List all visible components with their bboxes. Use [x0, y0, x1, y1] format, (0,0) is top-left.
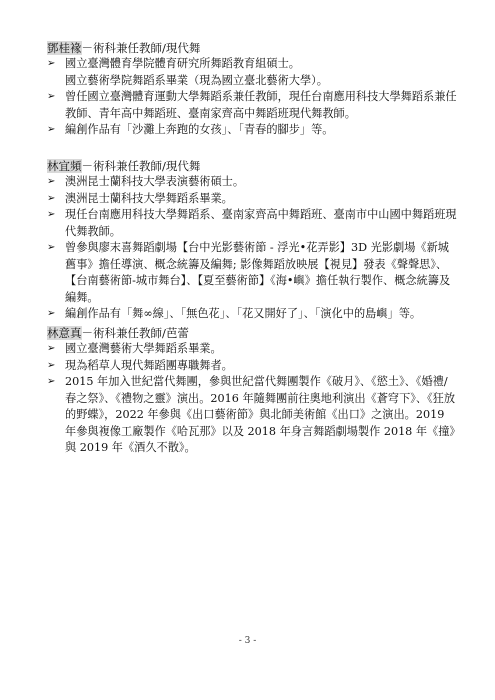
list-item: ➢ 曾參與廖末喜舞蹈劇場【台中光影藝術節 - 浮光•花弄影】3D 光影劇場《新城…	[47, 240, 457, 306]
document-page: 鄧桂褖－術科兼任教師/現代舞 ➢ 國立臺灣體育學院體育研究所舞蹈教育組碩士。 國…	[0, 0, 495, 700]
list-item: ➢ 澳洲昆士蘭科技大學舞蹈系畢業。	[47, 191, 457, 208]
arrow-bullet-icon: ➢	[47, 56, 55, 73]
list-item-text: 編創作品有「沙灘上奔跑的女孩」、「青春的腳步」等。	[65, 122, 457, 139]
bullet-list: ➢ 國立臺灣藝術大學舞蹈系畢業。 ➢ 現為稻草人現代舞蹈團專職舞者。 ➢ 201…	[47, 341, 457, 457]
teacher-role: －術科兼任教師/現代舞	[82, 41, 201, 55]
list-item: ➢ 澳洲昆士蘭科技大學表演藝術碩士。	[47, 174, 457, 191]
list-item-text: 現任台南應用科技大學舞蹈系、臺南家齊高中舞蹈班、臺南市中山國中舞蹈班現代舞教師。	[65, 207, 457, 240]
arrow-bullet-icon: ➢	[47, 358, 55, 375]
teacher-name: 林意真	[47, 326, 82, 340]
section-heading: 林宜頻－術科兼任教師/現代舞	[47, 158, 457, 174]
list-item-text: 國立臺灣藝術大學舞蹈系畢業。	[65, 341, 457, 358]
list-item-text: 國立臺灣體育學院體育研究所舞蹈教育組碩士。	[65, 56, 457, 73]
arrow-bullet-icon: ➢	[47, 122, 55, 139]
list-item-text: 2015 年加入世紀當代舞團，參與世紀當代舞團製作《破月》、《慾土》、《婚禮/春…	[65, 374, 457, 457]
list-item-text: 曾參與廖末喜舞蹈劇場【台中光影藝術節 - 浮光•花弄影】3D 光影劇場《新城舊事…	[65, 240, 457, 306]
list-item: ➢ 曾任國立臺灣體育運動大學舞蹈系兼任教師，現任台南應用科技大學舞蹈系兼任教師、…	[47, 89, 457, 122]
arrow-bullet-icon: ➢	[47, 240, 55, 257]
list-item: ➢ 現為稻草人現代舞蹈團專職舞者。	[47, 358, 457, 375]
arrow-bullet-icon: ➢	[47, 89, 55, 106]
arrow-bullet-icon: ➢	[47, 341, 55, 358]
arrow-bullet-icon: ➢	[47, 174, 55, 191]
teacher-section-2: 林宜頻－術科兼任教師/現代舞 ➢ 澳洲昆士蘭科技大學表演藝術碩士。 ➢ 澳洲昆士…	[47, 158, 457, 323]
arrow-bullet-icon: ➢	[47, 306, 55, 323]
list-item-text: 國立藝術學院舞蹈系畢業（現為國立臺北藝術大學）。	[65, 73, 457, 90]
teacher-role: －術科兼任教師/芭蕾	[82, 326, 189, 340]
teacher-name: 林宜頻	[47, 159, 82, 173]
list-item-text: 現為稻草人現代舞蹈團專職舞者。	[65, 358, 457, 375]
arrow-bullet-icon: ➢	[47, 207, 55, 224]
list-item: ➢ 國立臺灣體育學院體育研究所舞蹈教育組碩士。 國立藝術學院舞蹈系畢業（現為國立…	[47, 56, 457, 89]
arrow-bullet-icon: ➢	[47, 374, 55, 391]
list-item: ➢ 國立臺灣藝術大學舞蹈系畢業。	[47, 341, 457, 358]
bullet-list: ➢ 澳洲昆士蘭科技大學表演藝術碩士。 ➢ 澳洲昆士蘭科技大學舞蹈系畢業。 ➢ 現…	[47, 174, 457, 323]
list-item-text: 澳洲昆士蘭科技大學表演藝術碩士。	[65, 174, 457, 191]
list-item-text: 曾任國立臺灣體育運動大學舞蹈系兼任教師，現任台南應用科技大學舞蹈系兼任教師、青年…	[65, 89, 457, 122]
teacher-role: －術科兼任教師/現代舞	[82, 159, 201, 173]
list-item: ➢ 編創作品有「沙灘上奔跑的女孩」、「青春的腳步」等。	[47, 122, 457, 139]
page-number: - 3 -	[0, 636, 495, 646]
list-item: ➢ 2015 年加入世紀當代舞團，參與世紀當代舞團製作《破月》、《慾土》、《婚禮…	[47, 374, 457, 457]
list-item-text: 編創作品有「舞∞線」、「無色花」、「花又開好了」、「演化中的島嶼」等。	[65, 306, 457, 323]
list-item: ➢ 編創作品有「舞∞線」、「無色花」、「花又開好了」、「演化中的島嶼」等。	[47, 306, 457, 323]
section-heading: 鄧桂褖－術科兼任教師/現代舞	[47, 40, 457, 56]
section-heading: 林意真－術科兼任教師/芭蕾	[47, 325, 457, 341]
bullet-list: ➢ 國立臺灣體育學院體育研究所舞蹈教育組碩士。 國立藝術學院舞蹈系畢業（現為國立…	[47, 56, 457, 139]
list-item-text: 澳洲昆士蘭科技大學舞蹈系畢業。	[65, 191, 457, 208]
arrow-bullet-icon: ➢	[47, 191, 55, 208]
teacher-section-1: 鄧桂褖－術科兼任教師/現代舞 ➢ 國立臺灣體育學院體育研究所舞蹈教育組碩士。 國…	[47, 40, 457, 139]
teacher-section-3: 林意真－術科兼任教師/芭蕾 ➢ 國立臺灣藝術大學舞蹈系畢業。 ➢ 現為稻草人現代…	[47, 325, 457, 457]
teacher-name: 鄧桂褖	[47, 41, 82, 55]
list-item: ➢ 現任台南應用科技大學舞蹈系、臺南家齊高中舞蹈班、臺南市中山國中舞蹈班現代舞教…	[47, 207, 457, 240]
